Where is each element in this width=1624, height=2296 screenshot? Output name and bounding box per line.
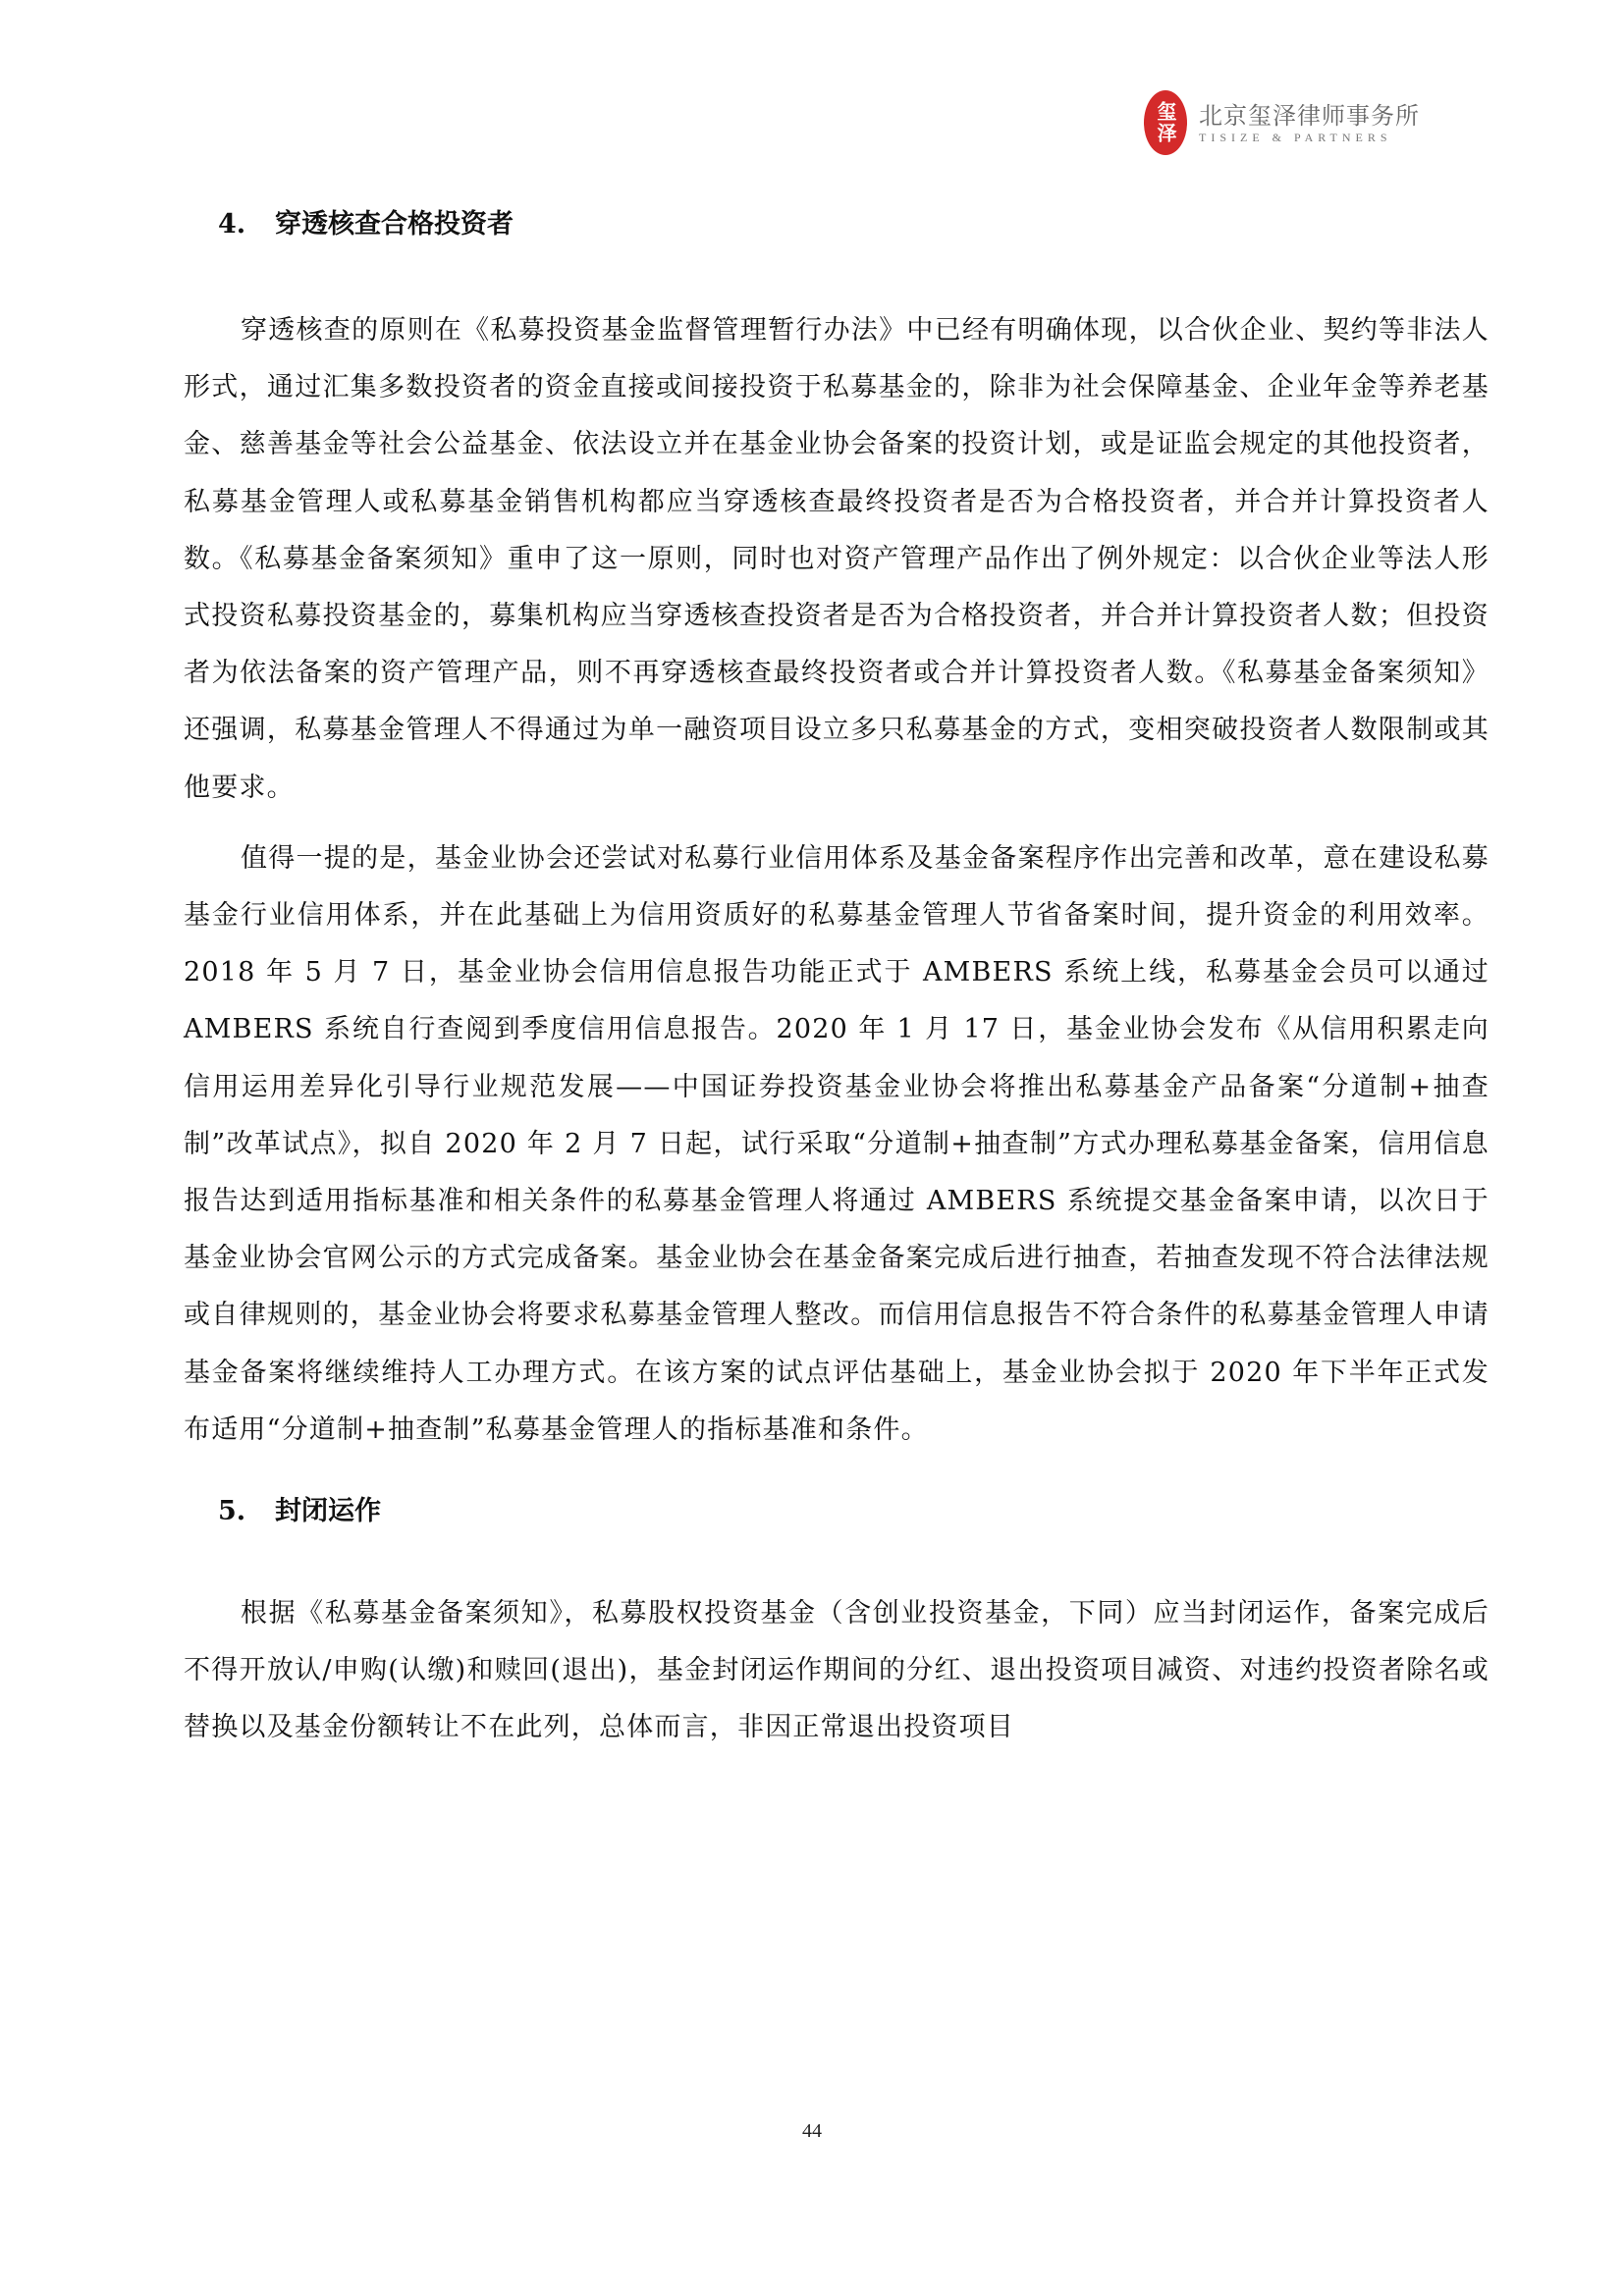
section-heading: 4.穿透核查合格投资者 xyxy=(184,196,1489,253)
section-number: 5. xyxy=(218,1483,275,1540)
firm-logo: 玺泽 北京玺泽律师事务所 TISIZE & PARTNERS xyxy=(1144,90,1420,155)
page-number: 44 xyxy=(0,2120,1624,2143)
paragraph: 根据《私募基金备案须知》，私募股权投资基金（含创业投资基金，下同）应当封闭运作，… xyxy=(184,1585,1489,1757)
section-number: 4. xyxy=(218,196,275,253)
firm-brand: 北京玺泽律师事务所 TISIZE & PARTNERS xyxy=(1199,101,1420,144)
firm-name-en: TISIZE & PARTNERS xyxy=(1199,131,1420,144)
firm-name-cn: 北京玺泽律师事务所 xyxy=(1199,101,1420,131)
paragraph: 穿透核查的原则在《私募投资基金监督管理暂行办法》中已经有明确体现，以合伙企业、契… xyxy=(184,302,1489,817)
section-title: 封闭运作 xyxy=(275,1496,381,1526)
seal-icon: 玺泽 xyxy=(1144,90,1187,155)
section-title: 穿透核查合格投资者 xyxy=(275,209,514,240)
document-body: 4.穿透核查合格投资者 穿透核查的原则在《私募投资基金监督管理暂行办法》中已经有… xyxy=(184,196,1489,1757)
section-heading: 5.封闭运作 xyxy=(184,1483,1489,1540)
paragraph: 值得一提的是，基金业协会还尝试对私募行业信用体系及基金备案程序作出完善和改革，意… xyxy=(184,830,1489,1459)
